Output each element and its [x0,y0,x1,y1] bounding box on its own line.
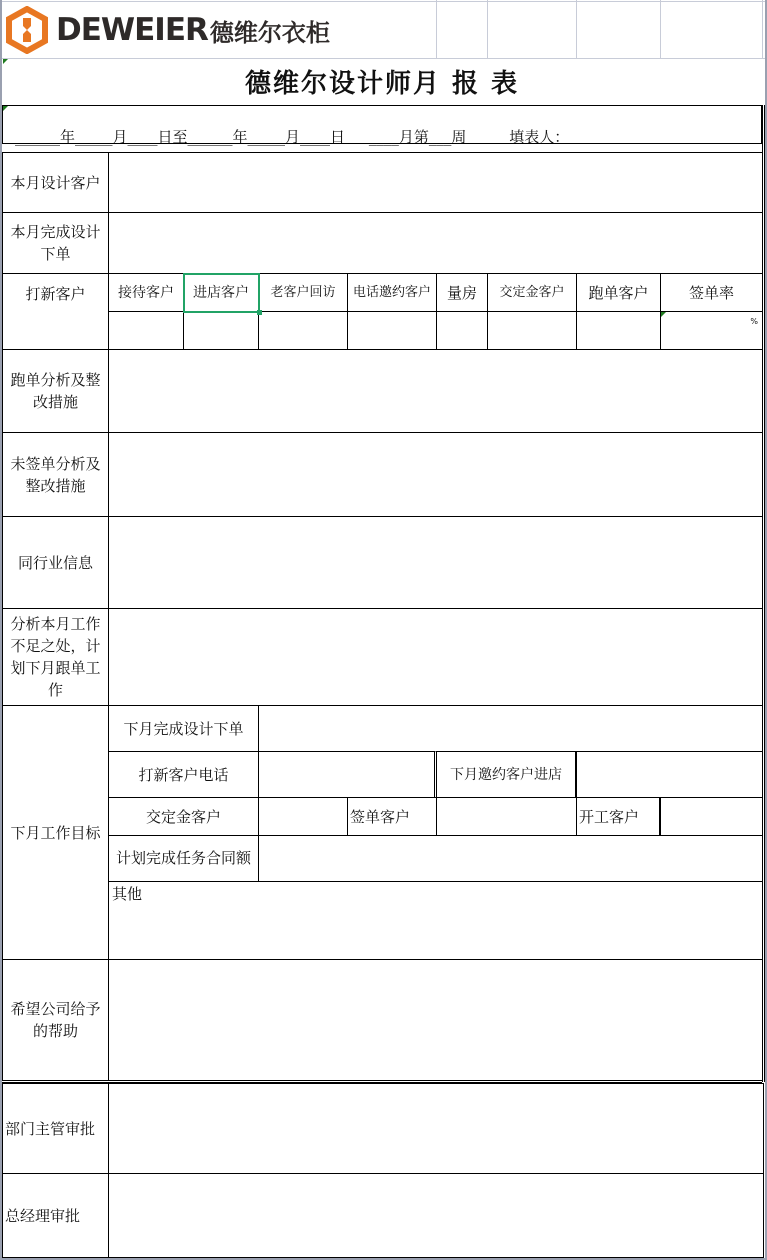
col-header-measure: 量房 [436,273,488,312]
input-deposit[interactable] [487,311,577,350]
gridline [660,0,661,58]
gridline [762,0,763,58]
input-start-clients[interactable] [660,797,763,836]
label-completed-orders: 本月完成设计下单 [2,212,109,274]
label-industry-info: 同行业信息 [2,516,109,609]
label-start-clients: 开工客户 [576,797,662,836]
spreadsheet: DEWEIER 德维尔衣柜 德维尔设计师月 报 表 ______年_____月_… [0,0,767,1260]
label-new-clients: 打新客户 [2,273,109,350]
divider [2,143,762,144]
input-sign-rate[interactable]: % [660,311,763,350]
input-industry-info[interactable] [108,516,763,609]
label-design-clients: 本月设计客户 [2,152,109,213]
hexagon-logo-icon [4,6,50,54]
input-unsigned-analysis[interactable] [108,432,763,517]
input-other[interactable]: 其他 [108,881,763,960]
gridline [0,1,767,2]
comment-indicator-icon [661,312,666,317]
input-dept-approval[interactable] [108,1083,764,1174]
label-new-client-calls: 打新客户电话 [108,751,259,798]
label-self-review: 分析本月工作不足之处，计划下月跟单工作 [2,608,109,706]
input-signed-clients[interactable] [436,797,577,836]
input-self-review[interactable] [108,608,763,706]
label-dept-approval: 部门主管审批 [2,1083,109,1174]
col-header-sign-rate: 签单率 [660,273,763,312]
label-gm-approval: 总经理审批 [2,1173,109,1258]
input-old-client-followup[interactable] [258,311,348,350]
col-header-deposit: 交定金客户 [487,273,577,312]
percent-suffix: % [750,311,758,333]
col-header-lost-clients: 跑单客户 [576,273,661,312]
col-header-reception: 接待客户 [108,273,184,312]
brand-name-cn: 德维尔衣柜 [210,13,330,48]
comment-indicator-icon [3,106,8,111]
label-unsigned-analysis: 未签单分析及整改措施 [2,432,109,517]
input-invite-visits[interactable] [576,751,763,798]
gridline [487,0,488,58]
input-deposit-clients[interactable] [258,797,348,836]
input-lost-analysis[interactable] [108,349,763,433]
input-contract-amount[interactable] [258,835,763,882]
gridline [576,0,577,58]
input-store-visits[interactable] [183,311,259,350]
label-invite-visits: 下月邀约客户进店 [434,751,578,798]
col-header-store-visits[interactable]: 进店客户 [183,273,259,312]
label-next-month-goals: 下月工作目标 [2,705,109,960]
input-measure[interactable] [436,311,488,350]
label-next-orders: 下月完成设计下单 [108,705,259,752]
input-new-client-calls[interactable] [258,751,437,798]
label-signed-clients: 签单客户 [347,797,437,836]
input-gm-approval[interactable] [108,1173,764,1258]
input-design-clients[interactable] [108,152,763,213]
label-contract-amount: 计划完成任务合同额 [108,835,259,882]
input-phone-invites[interactable] [347,311,437,350]
label-other: 其他 [112,883,142,905]
input-lost-clients[interactable] [576,311,661,350]
label-lost-analysis: 跑单分析及整改措施 [2,349,109,433]
label-help-wanted: 希望公司给予的帮助 [2,959,109,1081]
col-header-phone-invites: 电话邀约客户 [347,273,437,312]
gridline [436,0,437,58]
page-title: 德维尔设计师月 报 表 [2,58,762,105]
label-deposit-clients: 交定金客户 [108,797,259,836]
input-next-orders[interactable] [258,705,763,752]
input-completed-orders[interactable] [108,212,763,274]
input-reception[interactable] [108,311,184,350]
col-header-old-client-followup: 老客户回访 [258,273,348,312]
company-logo: DEWEIER 德维尔衣柜 [4,6,330,54]
date-line-row[interactable]: ______年_____月____日至______年_____月____日 __… [2,105,762,143]
input-help-wanted[interactable] [108,959,763,1081]
brand-name-en: DEWEIER [56,12,208,48]
